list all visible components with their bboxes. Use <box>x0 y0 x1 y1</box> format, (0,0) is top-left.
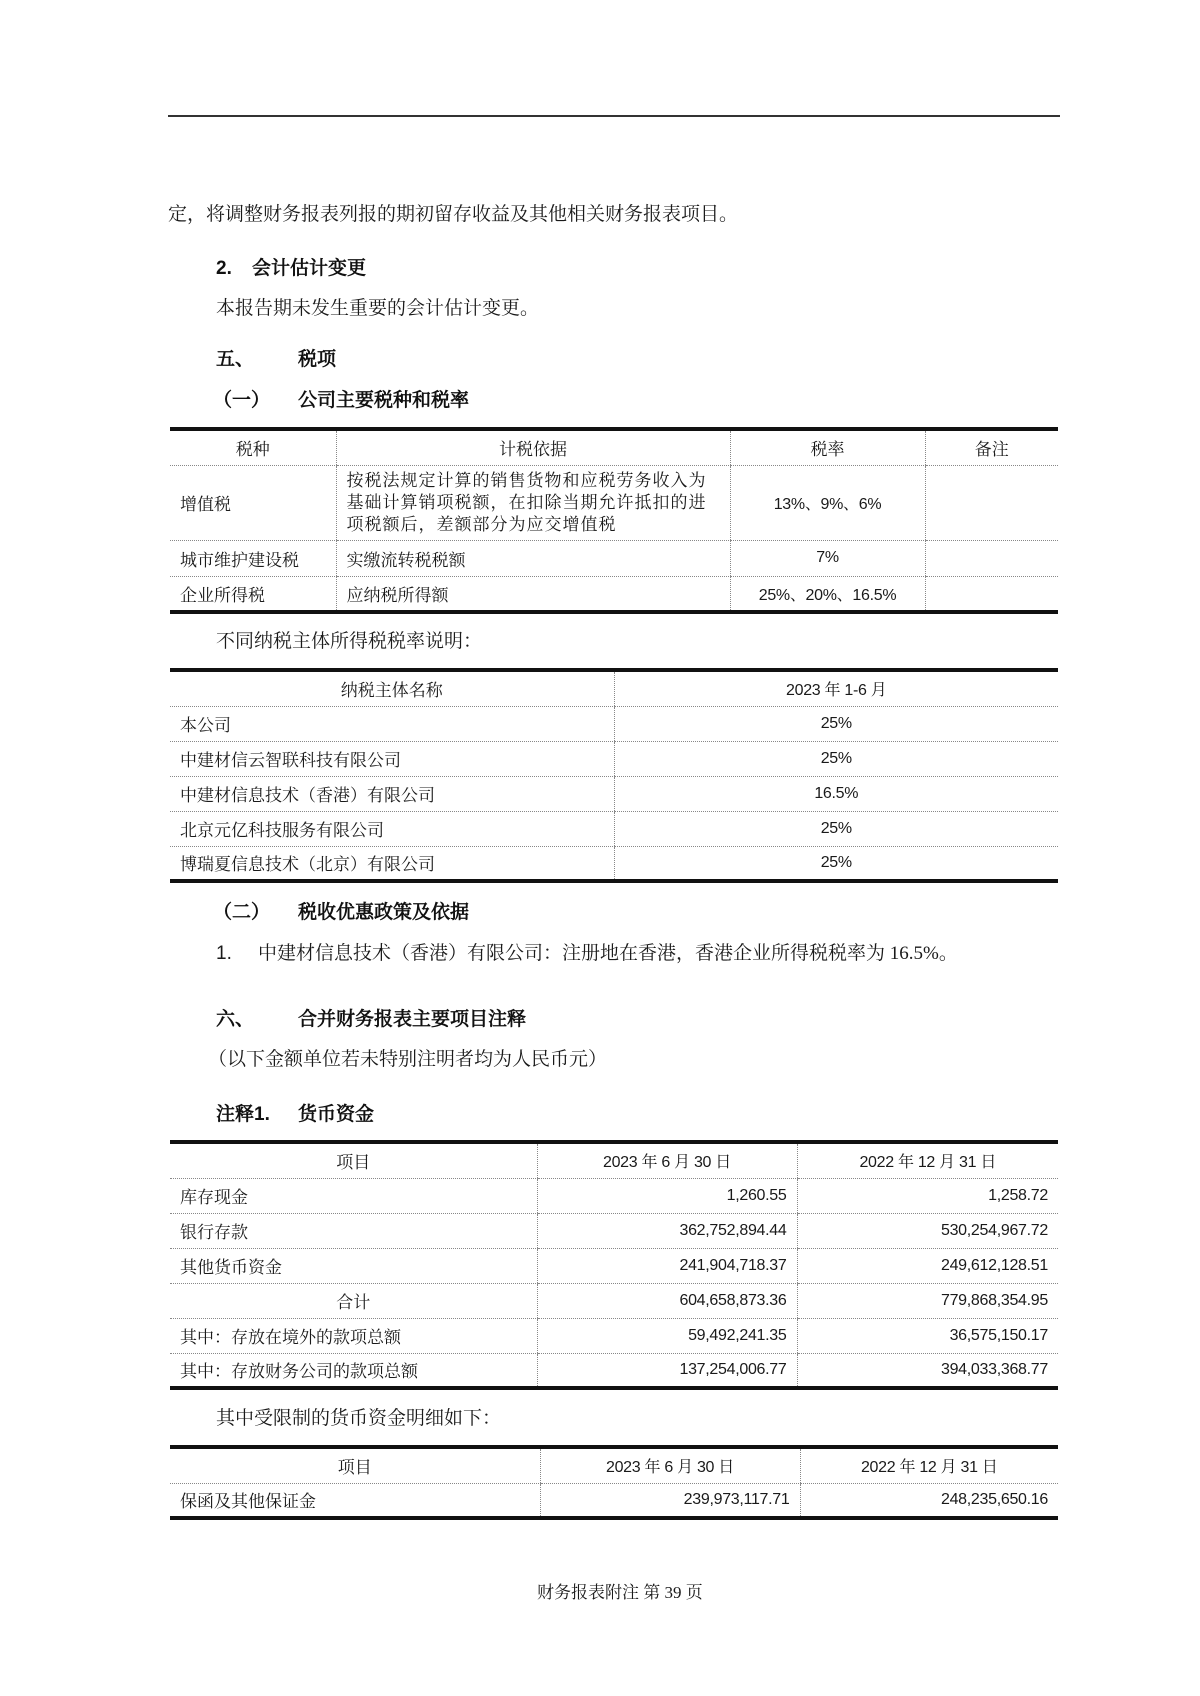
column-header: 2023 年 1-6 月 <box>614 670 1058 706</box>
item-number: 1. <box>216 942 258 966</box>
current-amount: 604,658,873.36 <box>537 1283 797 1318</box>
note-title: 货币资金 <box>298 1104 374 1125</box>
tax-basis: 实缴流转税税额 <box>336 540 730 576</box>
subsection-title: 公司主要税种和税率 <box>298 390 469 411</box>
prior-amount: 248,235,650.16 <box>800 1483 1058 1518</box>
column-header: 项目 <box>170 1447 540 1483</box>
section-title: 会计估计变更 <box>252 258 366 279</box>
column-header: 2023 年 6 月 30 日 <box>540 1447 800 1483</box>
table-row: 博瑞夏信息技术（北京）有限公司 25% <box>170 846 1058 881</box>
section-title: 税项 <box>298 349 336 370</box>
section-number: 六、 <box>216 1008 298 1032</box>
tax-rate: 13%、9%、6% <box>730 465 925 540</box>
column-header: 计税依据 <box>336 429 730 465</box>
section-body: 本报告期未发生重要的会计估计变更。 <box>216 297 539 321</box>
subsection-number: （一） <box>213 389 298 413</box>
column-header: 备注 <box>925 429 1058 465</box>
page-footer: 财务报表附注 第 39 页 <box>537 1578 703 1603</box>
table-row: 城市维护建设税 实缴流转税税额 7% <box>170 540 1058 576</box>
section-heading-notes: 六、合并财务报表主要项目注释 <box>216 1008 526 1032</box>
line-item: 银行存款 <box>170 1213 537 1248</box>
entity-name: 中建材信息技术（香港）有限公司 <box>170 776 614 811</box>
section-number: 五、 <box>216 348 298 372</box>
tax-rate-table: 税种 计税依据 税率 备注 增值税 按税法规定计算的销售货物和应税劳务收入为基础… <box>170 427 1058 614</box>
table-row: 增值税 按税法规定计算的销售货物和应税劳务收入为基础计算销项税额，在扣除当期允许… <box>170 465 1058 540</box>
tax-type: 增值税 <box>170 465 336 540</box>
entity-rate: 25% <box>614 741 1058 776</box>
line-item: 保函及其他保证金 <box>170 1483 540 1518</box>
prior-amount: 530,254,967.72 <box>797 1213 1058 1248</box>
subsection-heading-preferential-policy: （二）税收优惠政策及依据 <box>213 901 469 925</box>
tax-rate: 25%、20%、16.5% <box>730 576 925 612</box>
current-amount: 1,260.55 <box>537 1178 797 1213</box>
table-row: 其中：存放财务公司的款项总额 137,254,006.77 394,033,36… <box>170 1353 1058 1388</box>
tax-note <box>925 576 1058 612</box>
preferential-item: 1.中建材信息技术（香港）有限公司：注册地在香港，香港企业所得税税率为 16.5… <box>216 942 958 966</box>
table-row: 中建材信云智联科技有限公司 25% <box>170 741 1058 776</box>
section-number: 2. <box>216 257 252 281</box>
continuation-paragraph: 定，将调整财务报表列报的期初留存收益及其他相关财务报表项目。 <box>168 203 738 227</box>
note-heading-cash: 注释1.货币资金 <box>216 1103 374 1127</box>
entity-name: 中建材信云智联科技有限公司 <box>170 741 614 776</box>
section-title: 合并财务报表主要项目注释 <box>298 1009 526 1030</box>
table-header-row: 项目 2023 年 6 月 30 日 2022 年 12 月 31 日 <box>170 1142 1058 1178</box>
tax-type: 企业所得税 <box>170 576 336 612</box>
prior-amount: 779,868,354.95 <box>797 1283 1058 1318</box>
current-amount: 239,973,117.71 <box>540 1483 800 1518</box>
tax-type: 城市维护建设税 <box>170 540 336 576</box>
table-row: 北京元亿科技服务有限公司 25% <box>170 811 1058 846</box>
prior-amount: 249,612,128.51 <box>797 1248 1058 1283</box>
restricted-cash-table: 项目 2023 年 6 月 30 日 2022 年 12 月 31 日 保函及其… <box>170 1445 1058 1520</box>
line-item: 库存现金 <box>170 1178 537 1213</box>
cash-table: 项目 2023 年 6 月 30 日 2022 年 12 月 31 日 库存现金… <box>170 1140 1058 1390</box>
currency-note: （以下金额单位若未特别注明者均为人民币元） <box>208 1048 607 1072</box>
table-row: 本公司 25% <box>170 706 1058 741</box>
subsection-number: （二） <box>213 901 298 925</box>
restricted-caption: 其中受限制的货币资金明细如下： <box>216 1407 501 1431</box>
entity-rate: 25% <box>614 846 1058 881</box>
tax-basis: 按税法规定计算的销售货物和应税劳务收入为基础计算销项税额，在扣除当期允许抵扣的进… <box>336 465 730 540</box>
table-header-row: 税种 计税依据 税率 备注 <box>170 429 1058 465</box>
entity-rate: 25% <box>614 706 1058 741</box>
subsection-heading-tax-rates: （一）公司主要税种和税率 <box>213 389 469 413</box>
tax-rate: 7% <box>730 540 925 576</box>
table-row: 保函及其他保证金 239,973,117.71 248,235,650.16 <box>170 1483 1058 1518</box>
column-header: 税种 <box>170 429 336 465</box>
column-header: 2023 年 6 月 30 日 <box>537 1142 797 1178</box>
column-header: 项目 <box>170 1142 537 1178</box>
entity-rate-caption: 不同纳税主体所得税税率说明： <box>216 630 482 654</box>
item-text: 中建材信息技术（香港）有限公司：注册地在香港，香港企业所得税税率为 16.5%。 <box>258 943 958 964</box>
table-row: 企业所得税 应纳税所得额 25%、20%、16.5% <box>170 576 1058 612</box>
line-item: 其中：存放在境外的款项总额 <box>170 1318 537 1353</box>
line-item: 其中：存放财务公司的款项总额 <box>170 1353 537 1388</box>
line-item: 合计 <box>170 1283 537 1318</box>
tax-basis: 应纳税所得额 <box>336 576 730 612</box>
table-row: 中建材信息技术（香港）有限公司 16.5% <box>170 776 1058 811</box>
column-header: 2022 年 12 月 31 日 <box>800 1447 1058 1483</box>
note-number: 注释1. <box>216 1103 298 1127</box>
column-header: 税率 <box>730 429 925 465</box>
tax-note <box>925 465 1058 540</box>
line-item: 其他货币资金 <box>170 1248 537 1283</box>
tax-note <box>925 540 1058 576</box>
table-row-total: 合计 604,658,873.36 779,868,354.95 <box>170 1283 1058 1318</box>
entity-name: 博瑞夏信息技术（北京）有限公司 <box>170 846 614 881</box>
column-header: 纳税主体名称 <box>170 670 614 706</box>
prior-amount: 1,258.72 <box>797 1178 1058 1213</box>
table-header-row: 纳税主体名称 2023 年 1-6 月 <box>170 670 1058 706</box>
entity-tax-rate-table: 纳税主体名称 2023 年 1-6 月 本公司 25% 中建材信云智联科技有限公… <box>170 668 1058 883</box>
section-heading-accounting-estimates: 2.会计估计变更 <box>216 257 366 281</box>
entity-name: 本公司 <box>170 706 614 741</box>
section-heading-taxes: 五、税项 <box>216 348 336 372</box>
prior-amount: 36,575,150.17 <box>797 1318 1058 1353</box>
table-row: 银行存款 362,752,894.44 530,254,967.72 <box>170 1213 1058 1248</box>
header-rule <box>168 115 1060 117</box>
subsection-title: 税收优惠政策及依据 <box>298 902 469 923</box>
table-row: 库存现金 1,260.55 1,258.72 <box>170 1178 1058 1213</box>
table-header-row: 项目 2023 年 6 月 30 日 2022 年 12 月 31 日 <box>170 1447 1058 1483</box>
column-header: 2022 年 12 月 31 日 <box>797 1142 1058 1178</box>
current-amount: 241,904,718.37 <box>537 1248 797 1283</box>
current-amount: 362,752,894.44 <box>537 1213 797 1248</box>
table-row: 其他货币资金 241,904,718.37 249,612,128.51 <box>170 1248 1058 1283</box>
current-amount: 137,254,006.77 <box>537 1353 797 1388</box>
entity-rate: 16.5% <box>614 776 1058 811</box>
table-row: 其中：存放在境外的款项总额 59,492,241.35 36,575,150.1… <box>170 1318 1058 1353</box>
entity-name: 北京元亿科技服务有限公司 <box>170 811 614 846</box>
current-amount: 59,492,241.35 <box>537 1318 797 1353</box>
prior-amount: 394,033,368.77 <box>797 1353 1058 1388</box>
entity-rate: 25% <box>614 811 1058 846</box>
